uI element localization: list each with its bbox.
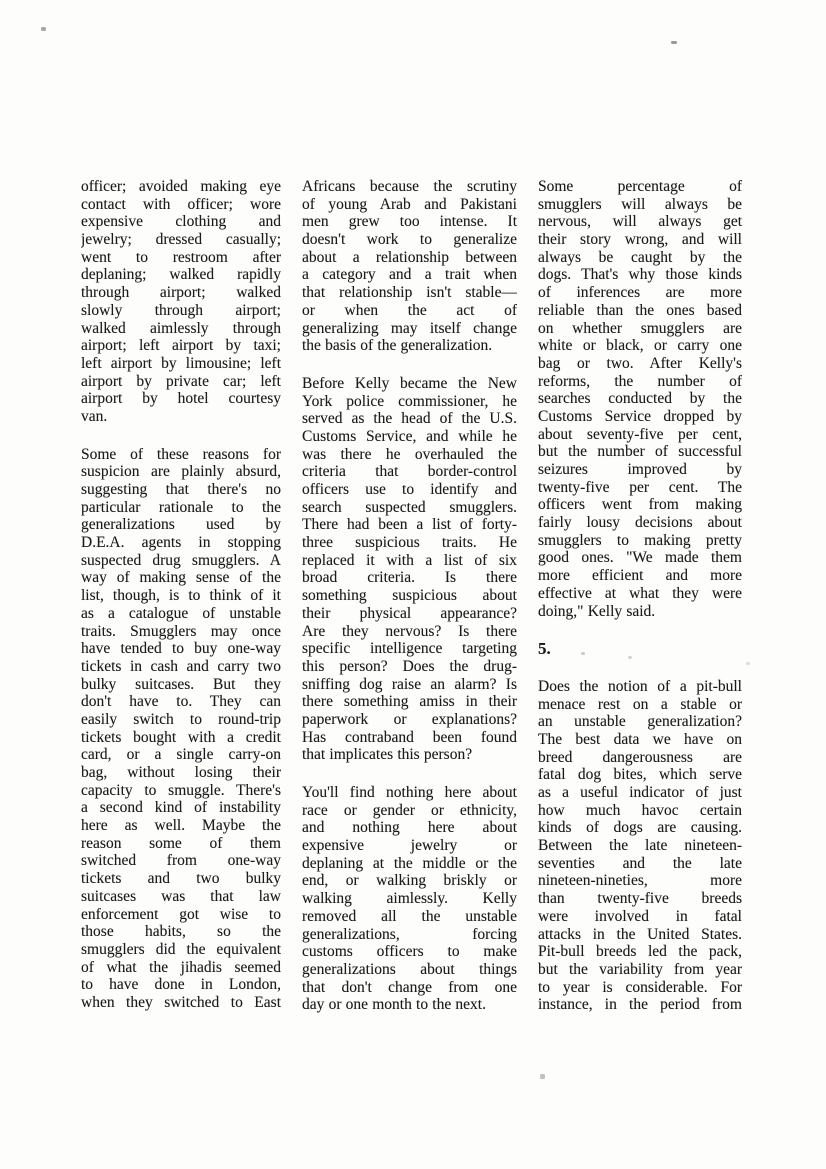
text-line: about seventy-five per cent,: [538, 426, 742, 444]
text-column-center: Africans because the scrutinyof young Ar…: [302, 178, 517, 1034]
text-line: generalizations, forcing: [302, 926, 517, 944]
text-line: nineteen-nineties, more: [538, 872, 742, 890]
text-line: You'll find nothing here about: [302, 784, 517, 802]
text-line: deplaning at the middle or the: [302, 855, 517, 873]
text-line: contact with officer; wore: [81, 196, 281, 214]
text-line: end, or walking briskly or: [302, 872, 517, 890]
text-line: D.E.A. agents in stopping: [81, 534, 281, 552]
text-line: of what the jihadis seemed: [81, 959, 281, 977]
text-line: kinds of dogs are causing.: [538, 819, 742, 837]
text-line: criteria that border-control: [302, 463, 517, 481]
text-line: Pit-bull breeds led the pack,: [538, 943, 742, 961]
text-line: but the variability from year: [538, 961, 742, 979]
text-line: day or one month to the next.: [302, 996, 517, 1014]
scan-artifact: [540, 1074, 545, 1079]
paragraph: Before Kelly became the NewYork police c…: [302, 375, 517, 764]
text-line: that relationship isn't stable—: [302, 284, 517, 302]
text-line: paperwork or explanations?: [302, 711, 517, 729]
text-line: York police commissioner, he: [302, 393, 517, 411]
text-line: Africans because the scrutiny: [302, 178, 517, 196]
text-line: generalizations about things: [302, 961, 517, 979]
text-line: suspected drug smugglers. A: [81, 552, 281, 570]
text-line: attacks in the United States.: [538, 926, 742, 944]
text-line: doing," Kelly said.: [538, 603, 742, 621]
paragraph: Does the notion of a pit-bullmenace rest…: [538, 678, 742, 1014]
text-line: something suspicious about: [302, 587, 517, 605]
text-line: suggesting that there's no: [81, 481, 281, 499]
text-line: have tended to buy one-way: [81, 640, 281, 658]
text-line: bag or two. After Kelly's: [538, 355, 742, 373]
text-line: through airport; walked: [81, 284, 281, 302]
text-line: search suspected smugglers.: [302, 499, 517, 517]
text-line: effective at what they were: [538, 585, 742, 603]
text-line: officers use to identify and: [302, 481, 517, 499]
scan-artifact: [628, 656, 632, 659]
paragraph: You'll find nothing here aboutrace or ge…: [302, 784, 517, 1014]
text-line: walking aimlessly. Kelly: [302, 890, 517, 908]
text-line: expensive clothing and: [81, 213, 281, 231]
text-line: airport by hotel courtesy: [81, 390, 281, 408]
text-line: officer; avoided making eye: [81, 178, 281, 196]
text-line: than twenty-five breeds: [538, 890, 742, 908]
text-line: reason some of them: [81, 835, 281, 853]
text-line: as a useful indicator of just: [538, 784, 742, 802]
text-line: left airport by limousine; left: [81, 355, 281, 373]
text-line: went to restroom after: [81, 249, 281, 267]
text-line: specific intelligence targeting: [302, 640, 517, 658]
text-line: how much havoc certain: [538, 802, 742, 820]
text-line: that don't change from one: [302, 979, 517, 997]
section-number-heading: 5.: [538, 640, 742, 658]
scan-artifact: [581, 652, 585, 655]
text-line: broad criteria. Is there: [302, 569, 517, 587]
text-line: fatal dog bites, which serve: [538, 766, 742, 784]
text-line: Customs Service dropped by: [538, 408, 742, 426]
text-line: walked aimlessly through: [81, 320, 281, 338]
text-line: easily switch to round-trip: [81, 711, 281, 729]
text-line: or when the act of: [302, 302, 517, 320]
text-line: capacity to smuggle. There's: [81, 782, 281, 800]
text-line: expensive jewelry or: [302, 837, 517, 855]
paragraph: Africans because the scrutinyof young Ar…: [302, 178, 517, 355]
text-line: that implicates this person?: [302, 746, 517, 764]
text-line: about a relationship between: [302, 249, 517, 267]
text-line: tickets bought with a credit: [81, 729, 281, 747]
text-line: dogs. That's why those kinds: [538, 266, 742, 284]
text-line: airport by private car; left: [81, 373, 281, 391]
text-line: card, or a single carry-on: [81, 746, 281, 764]
text-line: generalizing may itself change: [302, 320, 517, 338]
text-line: Some percentage of: [538, 178, 742, 196]
text-line: white or black, or carry one: [538, 337, 742, 355]
text-line: were involved in fatal: [538, 908, 742, 926]
text-line: reforms, the number of: [538, 373, 742, 391]
text-column-right: Some percentage ofsmugglers will always …: [538, 178, 742, 1034]
text-line: suitcases was that law: [81, 888, 281, 906]
text-line: doesn't work to generalize: [302, 231, 517, 249]
text-line: deplaning; walked rapidly: [81, 266, 281, 284]
text-line: particular rationale to the: [81, 499, 281, 517]
text-line: enforcement got wise to: [81, 906, 281, 924]
text-line: reliable than the ones based: [538, 302, 742, 320]
text-line: searches conducted by the: [538, 390, 742, 408]
text-line: to year is considerable. For: [538, 979, 742, 997]
text-line: Customs Service, and while he: [302, 428, 517, 446]
text-line: their physical appearance?: [302, 605, 517, 623]
text-line: bulky suitcases. But they: [81, 676, 281, 694]
text-line: nervous, will always get: [538, 213, 742, 231]
text-line: suspicion are plainly absurd,: [81, 463, 281, 481]
text-line: smugglers to making pretty: [538, 532, 742, 550]
text-line: of young Arab and Pakistani: [302, 196, 517, 214]
text-line: and nothing here about: [302, 819, 517, 837]
text-line: as a catalogue of unstable: [81, 605, 281, 623]
text-line: the basis of the generalization.: [302, 337, 517, 355]
text-line: here as well. Maybe the: [81, 817, 281, 835]
text-line: jewelry; dressed casually;: [81, 231, 281, 249]
text-line: there something amiss in their: [302, 693, 517, 711]
paragraph: Some of these reasons forsuspicion are p…: [81, 446, 281, 1012]
text-line: van.: [81, 408, 281, 426]
text-line: a category and a trait when: [302, 266, 517, 284]
book-page: officer; avoided making eyecontact with …: [0, 0, 826, 1169]
text-line: Has contraband been found: [302, 729, 517, 747]
text-line: race or gender or ethnicity,: [302, 802, 517, 820]
text-line: men grew too intense. It: [302, 213, 517, 231]
text-line: officers went from making: [538, 496, 742, 514]
text-line: replaced it with a list of six: [302, 552, 517, 570]
text-line: when they switched to East: [81, 994, 281, 1012]
text-line: tickets in cash and carry two: [81, 658, 281, 676]
text-line: breed dangerousness are: [538, 749, 742, 767]
text-line: instance, in the period from: [538, 996, 742, 1014]
text-line: way of making sense of the: [81, 569, 281, 587]
text-line: generalizations used by: [81, 516, 281, 534]
paragraph: officer; avoided making eyecontact with …: [81, 178, 281, 426]
text-line: switched from one-way: [81, 852, 281, 870]
text-line: a second kind of instability: [81, 799, 281, 817]
text-line: those habits, so the: [81, 923, 281, 941]
scan-artifact: [41, 27, 46, 31]
text-line: of inferences are more: [538, 284, 742, 302]
text-line: always be caught by the: [538, 249, 742, 267]
text-line: Some of these reasons for: [81, 446, 281, 464]
text-line: airport; left airport by taxi;: [81, 337, 281, 355]
text-line: Does the notion of a pit-bull: [538, 678, 742, 696]
text-line: three suspicious traits. He: [302, 534, 517, 552]
text-line: There had been a list of forty-: [302, 516, 517, 534]
text-line: more efficient and more: [538, 567, 742, 585]
text-line: Before Kelly became the New: [302, 375, 517, 393]
text-line: don't have to. They can: [81, 693, 281, 711]
text-line: fairly lousy decisions about: [538, 514, 742, 532]
text-line: bag, without losing their: [81, 764, 281, 782]
text-line: Between the late nineteen-: [538, 837, 742, 855]
text-line: served as the head of the U.S.: [302, 410, 517, 428]
text-line: smugglers will always be: [538, 196, 742, 214]
text-line: good ones. "We made them: [538, 549, 742, 567]
text-line: was there he overhauled the: [302, 446, 517, 464]
text-line: to have done in London,: [81, 976, 281, 994]
text-line: sniffing dog raise an alarm? Is: [302, 676, 517, 694]
text-line: traits. Smugglers may once: [81, 623, 281, 641]
text-line: this person? Does the drug-: [302, 658, 517, 676]
scan-artifact: [671, 41, 677, 44]
text-line: but the number of successful: [538, 443, 742, 461]
text-line: list, though, is to think of it: [81, 587, 281, 605]
text-line: The best data we have on: [538, 731, 742, 749]
text-line: their story wrong, and will: [538, 231, 742, 249]
scan-artifact: [746, 662, 750, 665]
paragraph: Some percentage ofsmugglers will always …: [538, 178, 742, 620]
text-line: seventies and the late: [538, 855, 742, 873]
text-line: twenty-five per cent. The: [538, 479, 742, 497]
text-line: seizures improved by: [538, 461, 742, 479]
text-line: on whether smugglers are: [538, 320, 742, 338]
text-line: an unstable generalization?: [538, 713, 742, 731]
text-line: menace rest on a stable or: [538, 696, 742, 714]
text-line: customs officers to make: [302, 943, 517, 961]
text-line: removed all the unstable: [302, 908, 517, 926]
text-line: Are they nervous? Is there: [302, 623, 517, 641]
text-column-left: officer; avoided making eyecontact with …: [81, 178, 281, 1032]
text-line: smugglers did the equivalent: [81, 941, 281, 959]
text-line: slowly through airport;: [81, 302, 281, 320]
text-line: tickets and two bulky: [81, 870, 281, 888]
